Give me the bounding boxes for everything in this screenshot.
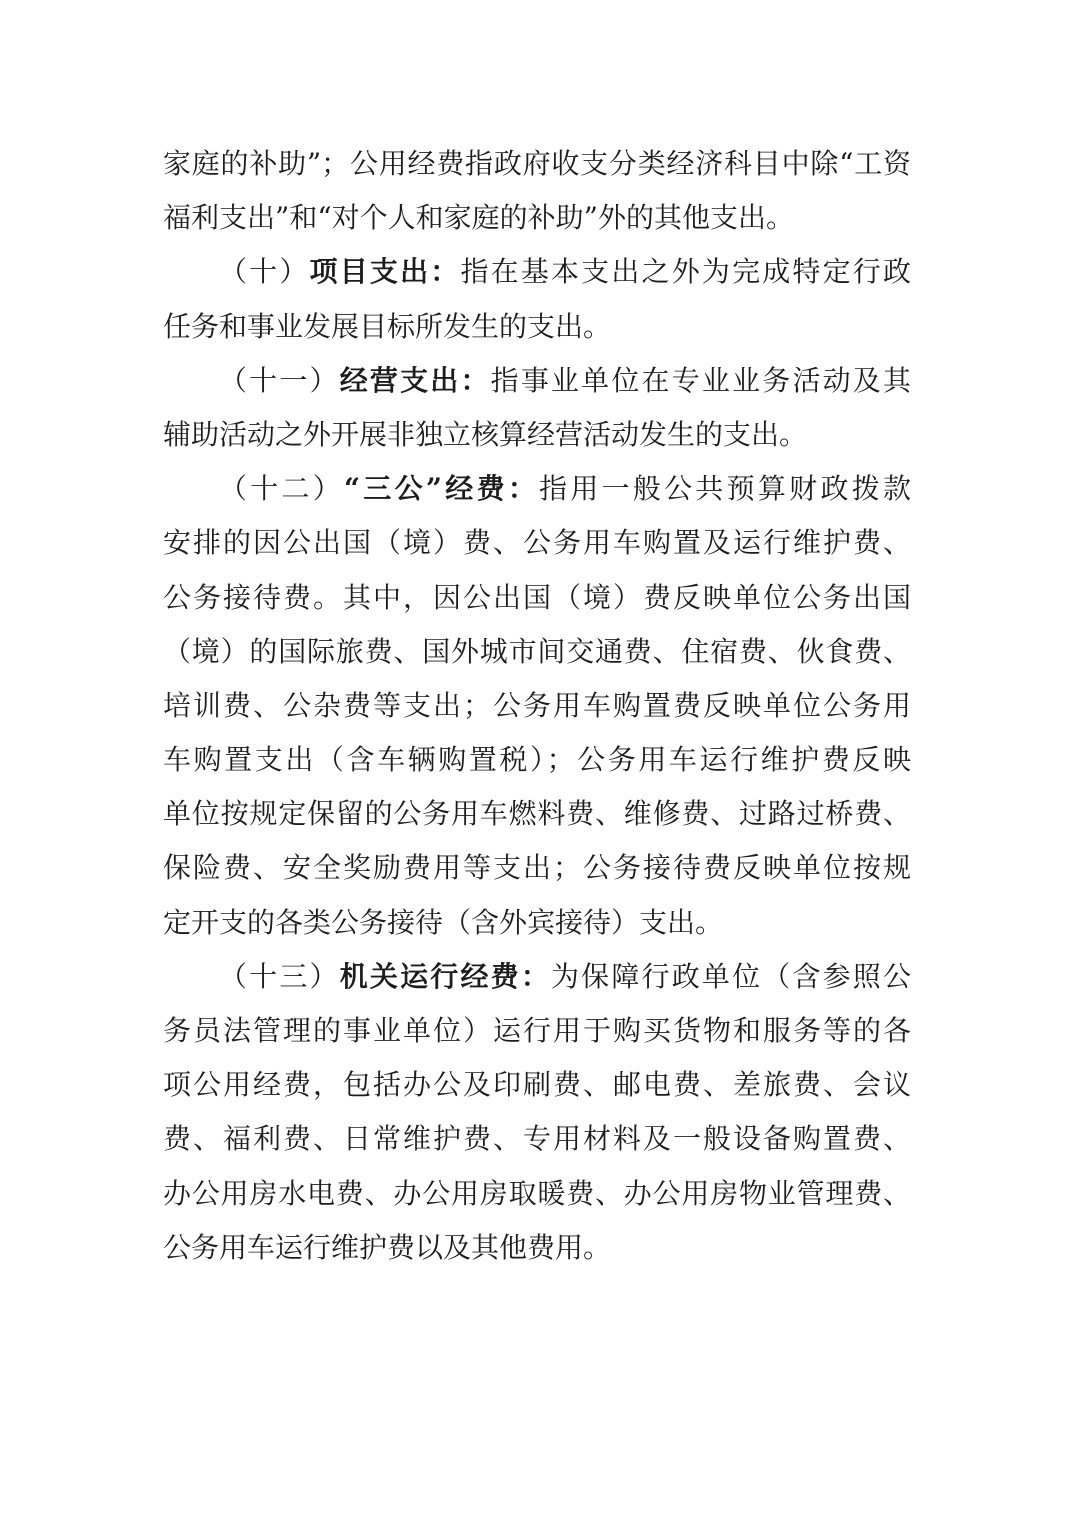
text-segment: 办公用房水电费、办公用房取暖费、办公用房物业管理费、 — [163, 1177, 911, 1210]
text-line: 费、福利费、日常维护费、专用材料及一般设备购置费、 — [163, 1112, 911, 1166]
text-line: 任务和事业发展目标所发生的支出。 — [163, 300, 911, 354]
text-segment: （境）的国际旅费、国外城市间交通费、住宿费、伙食费、 — [163, 635, 911, 668]
text-line: 项公用经费，包括办公及印刷费、邮电费、差旅费、会议 — [163, 1058, 911, 1112]
text-segment: 任务和事业发展目标所发生的支出。 — [163, 310, 611, 343]
text-segment: 项公用经费，包括办公及印刷费、邮电费、差旅费、会议 — [163, 1068, 911, 1101]
text-segment: （十三） — [219, 960, 340, 993]
document-body: 家庭的补助”；公用经费指政府收支分类经济科目中除“工资福利支出”和“对个人和家庭… — [163, 137, 911, 1275]
text-segment: （十二） — [219, 472, 344, 505]
text-line: 单位按规定保留的公务用车燃料费、维修费、过路过桥费、 — [163, 787, 911, 841]
text-line: 公务用车运行维护费以及其他费用。 — [163, 1221, 911, 1275]
text-segment: 辅助活动之外开展非独立核算经营活动发生的支出。 — [163, 418, 807, 451]
text-line: 辅助活动之外开展非独立核算经营活动发生的支出。 — [163, 408, 911, 462]
text-line: （十三）机关运行经费：为保障行政单位（含参照公 — [163, 950, 911, 1004]
text-line: （十二）“三公”经费：指用一般公共预算财政拨款 — [163, 462, 911, 516]
text-line: 家庭的补助”；公用经费指政府收支分类经济科目中除“工资 — [163, 137, 911, 191]
text-line: 福利支出”和“对个人和家庭的补助”外的其他支出。 — [163, 191, 911, 245]
text-line: 公务接待费。其中，因公出国（境）费反映单位公务出国 — [163, 571, 911, 625]
text-segment: 为保障行政单位（含参照公 — [551, 960, 911, 993]
term-heading-text: “三公”经费： — [344, 472, 539, 505]
text-segment: （十一） — [219, 364, 340, 397]
text-segment: 单位按规定保留的公务用车燃料费、维修费、过路过桥费、 — [163, 797, 911, 830]
text-segment: 费、福利费、日常维护费、专用材料及一般设备购置费、 — [163, 1122, 911, 1155]
text-line: 办公用房水电费、办公用房取暖费、办公用房物业管理费、 — [163, 1167, 911, 1221]
text-segment: 定开支的各类公务接待（含外宾接待）支出。 — [163, 906, 723, 939]
term-heading-text: 经营支出： — [340, 364, 491, 397]
text-line: （境）的国际旅费、国外城市间交通费、住宿费、伙食费、 — [163, 625, 911, 679]
document-page: 家庭的补助”；公用经费指政府收支分类经济科目中除“工资福利支出”和“对个人和家庭… — [0, 0, 1075, 1521]
text-segment: 指用一般公共预算财政拨款 — [539, 472, 911, 505]
term-heading-text: 机关运行经费： — [340, 960, 551, 993]
text-line: 培训费、公杂费等支出；公务用车购置费反映单位公务用 — [163, 679, 911, 733]
text-segment: 指事业单位在专业业务活动及其 — [491, 364, 911, 397]
text-segment: 车购置支出（含车辆购置税）；公务用车运行维护费反映 — [163, 743, 911, 776]
text-line: 定开支的各类公务接待（含外宾接待）支出。 — [163, 896, 911, 950]
text-line: 安排的因公出国（境）费、公务用车购置及运行维护费、 — [163, 516, 911, 570]
text-segment: 福利支出”和“对个人和家庭的补助”外的其他支出。 — [163, 201, 794, 234]
text-segment: 培训费、公杂费等支出；公务用车购置费反映单位公务用 — [163, 689, 911, 722]
term-heading-text: 项目支出： — [310, 255, 461, 288]
text-segment: 公务用车运行维护费以及其他费用。 — [163, 1231, 611, 1264]
text-line: 务员法管理的事业单位）运行用于购买货物和服务等的各 — [163, 1004, 911, 1058]
text-line: 保险费、安全奖励费用等支出；公务接待费反映单位按规 — [163, 841, 911, 895]
text-line: 车购置支出（含车辆购置税）；公务用车运行维护费反映 — [163, 733, 911, 787]
text-segment: （十） — [219, 255, 310, 288]
text-segment: 务员法管理的事业单位）运行用于购买货物和服务等的各 — [163, 1014, 911, 1047]
text-line: （十）项目支出：指在基本支出之外为完成特定行政 — [163, 245, 911, 299]
text-segment: 指在基本支出之外为完成特定行政 — [460, 255, 911, 288]
text-segment: 保险费、安全奖励费用等支出；公务接待费反映单位按规 — [163, 851, 911, 884]
text-segment: 安排的因公出国（境）费、公务用车购置及运行维护费、 — [163, 526, 911, 559]
text-line: （十一）经营支出：指事业单位在专业业务活动及其 — [163, 354, 911, 408]
text-segment: 公务接待费。其中，因公出国（境）费反映单位公务出国 — [163, 581, 911, 614]
text-segment: 家庭的补助”；公用经费指政府收支分类经济科目中除“工资 — [163, 147, 911, 180]
